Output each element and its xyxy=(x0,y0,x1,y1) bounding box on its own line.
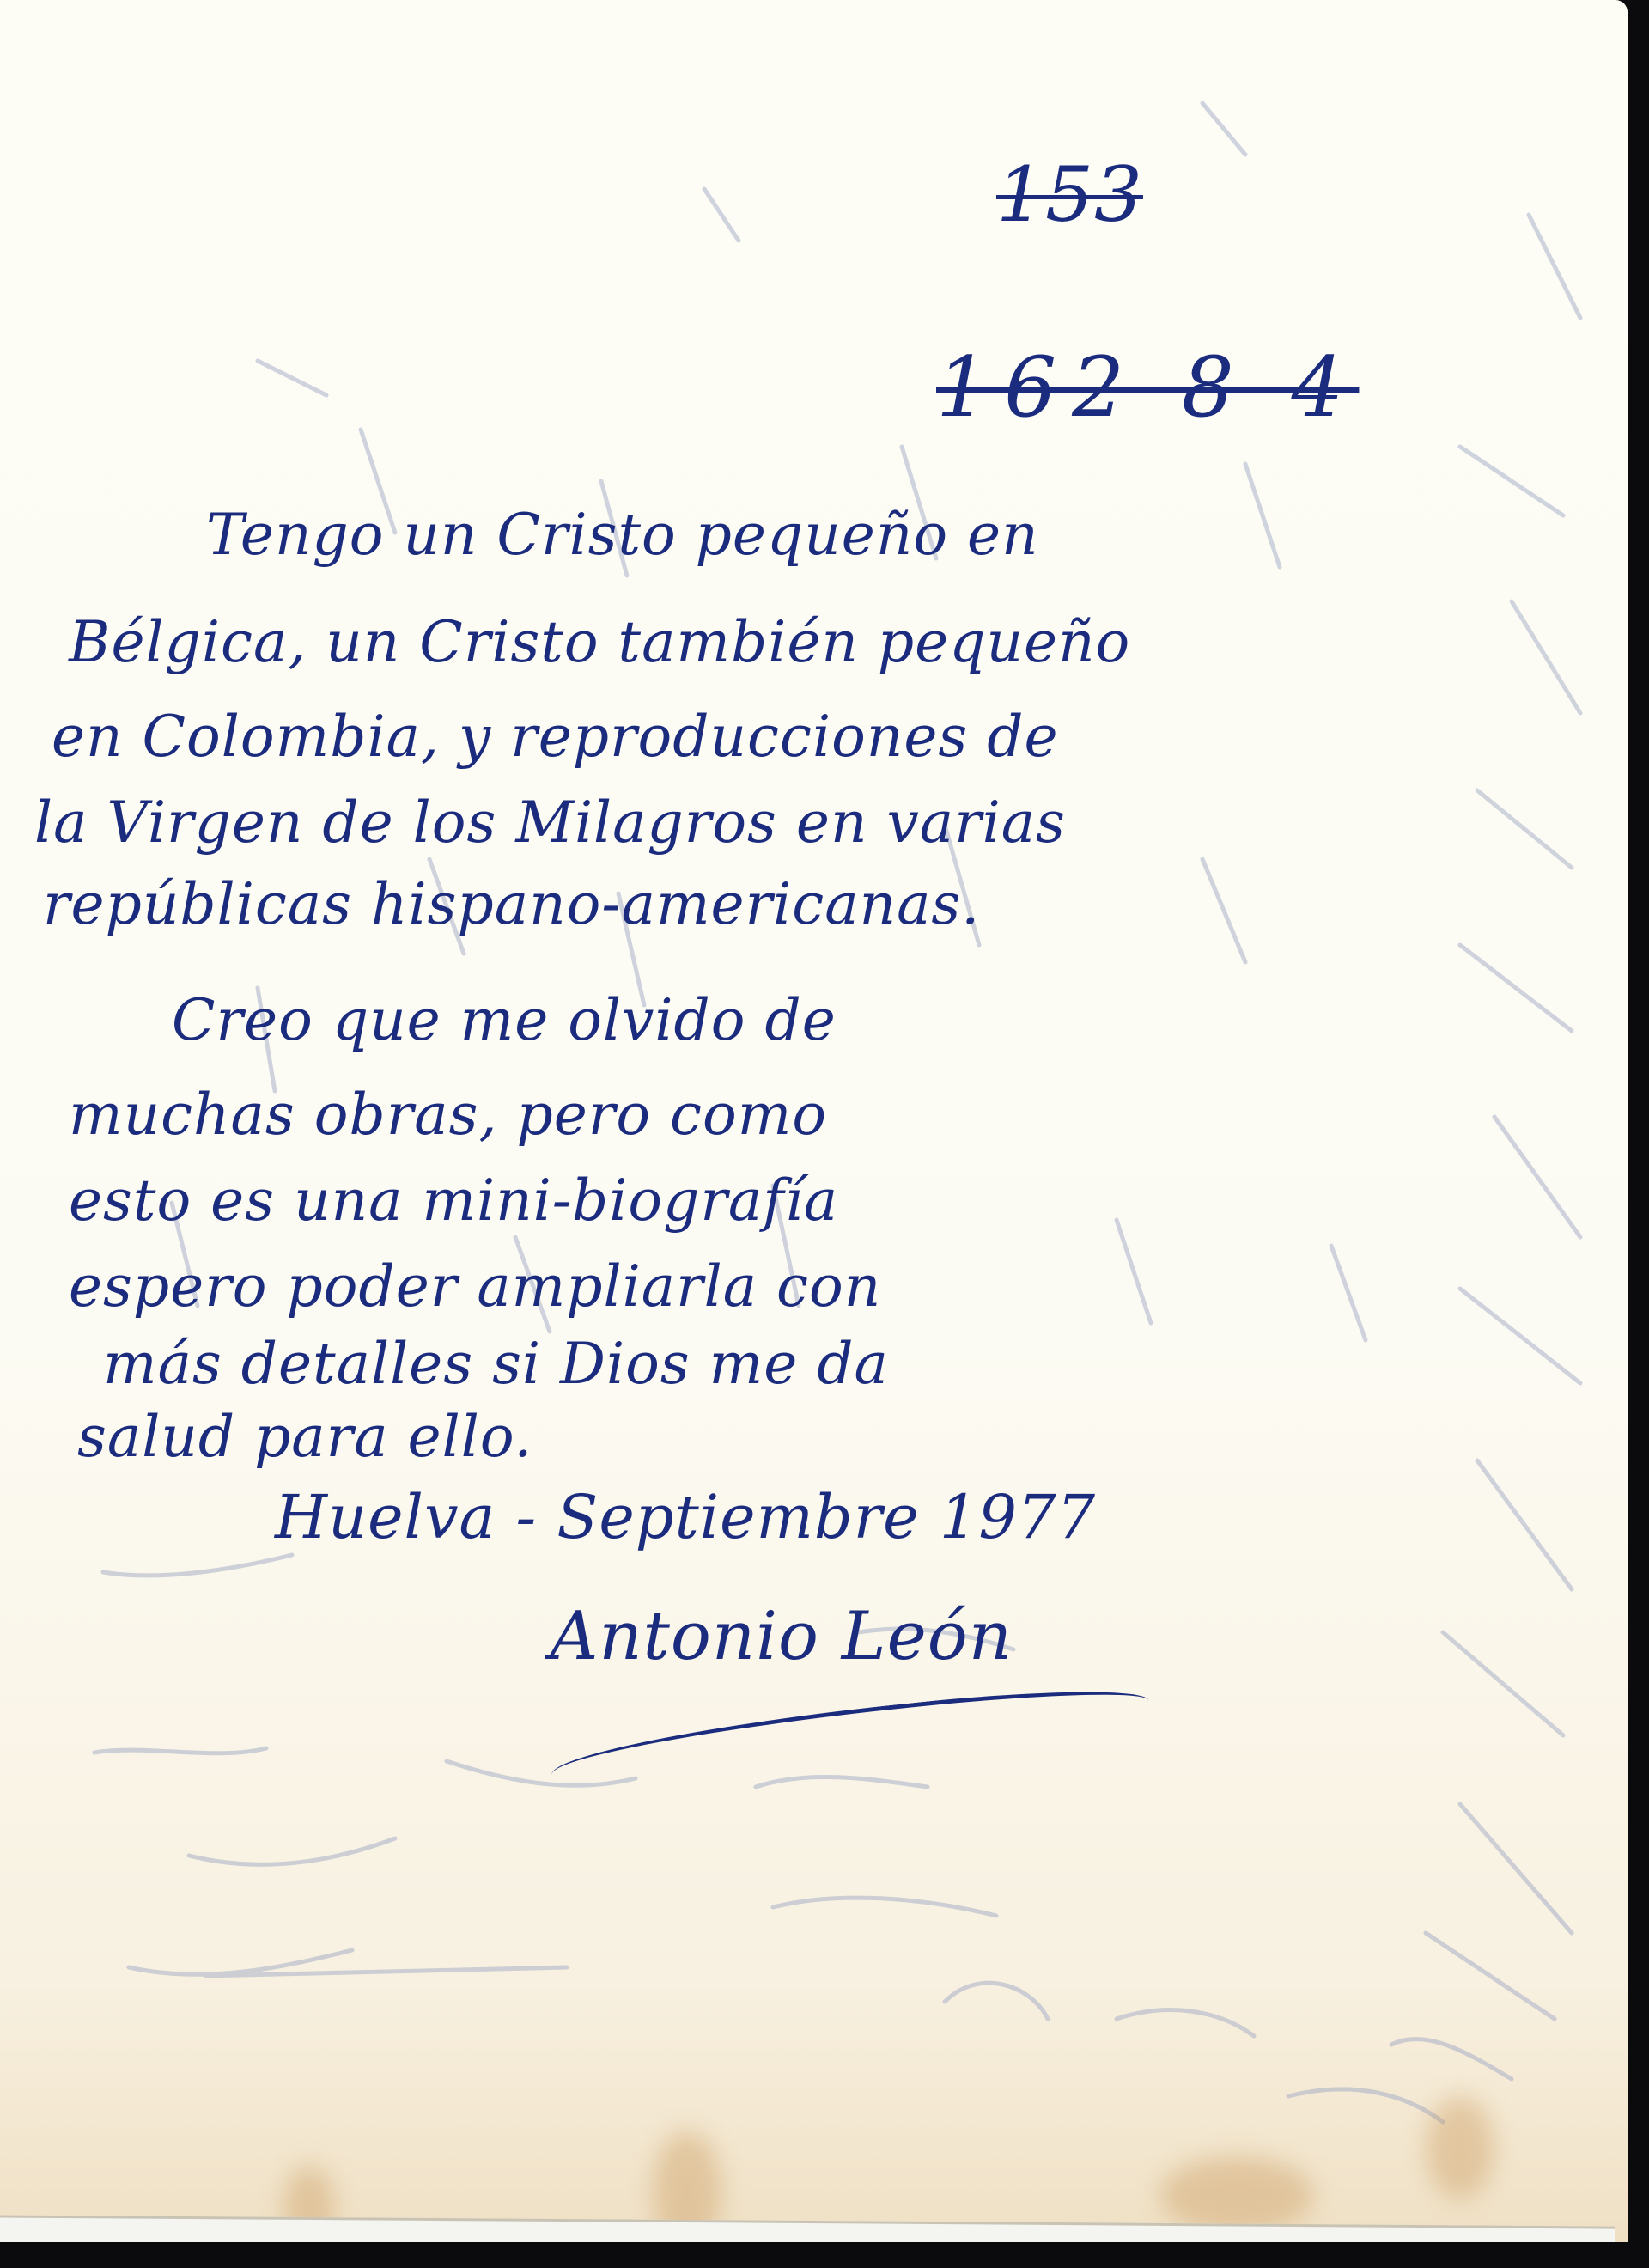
signature-underline xyxy=(549,1679,1153,1797)
text-line: Bélgica, un Cristo también pequeño xyxy=(69,614,1130,671)
text-line: Tengo un Cristo pequeño en xyxy=(206,507,1039,564)
text-line: Creo que me olvido de xyxy=(172,992,837,1049)
crossed-out-page-number: 153 xyxy=(996,150,1143,239)
text-line: salud para ello. xyxy=(77,1409,532,1466)
text-line: la Virgen de los Milagros en varias xyxy=(34,795,1066,851)
text-line: esto es una mini-biografía xyxy=(69,1173,838,1229)
signature: Antonio León xyxy=(550,1598,1013,1675)
text-line: muchas obras, pero como xyxy=(69,1087,827,1143)
water-stain xyxy=(1426,2096,1494,2199)
letter-page: 153 162 8 4 Tengo un Cristo pequeño en B… xyxy=(0,0,1628,2242)
crossed-out-page-number: 162 8 4 xyxy=(936,339,1359,436)
water-stain xyxy=(1159,2156,1314,2234)
text-line: más detalles si Dios me da xyxy=(103,1336,889,1393)
text-line: espero poder ampliarla con xyxy=(69,1259,881,1315)
text-line: repúblicas hispano-americanas. xyxy=(43,876,980,933)
text-line: en Colombia, y reproducciones de xyxy=(52,709,1059,765)
underlying-sheet-edge xyxy=(0,2215,1615,2242)
place-and-date: Huelva - Septiembre 1977 xyxy=(275,1482,1096,1552)
